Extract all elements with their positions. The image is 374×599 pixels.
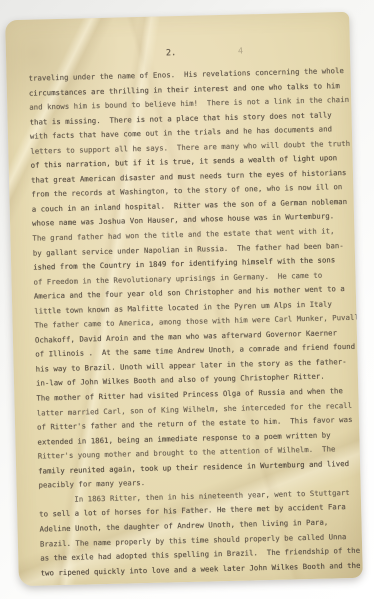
typed-text: traveling under the name of Enos. His re… <box>28 64 362 581</box>
page-header: 2. 4 <box>6 44 350 66</box>
page-number: 2. <box>166 48 176 58</box>
typed-letter-page: 2. 4 traveling under the name of Enos. H… <box>5 12 363 586</box>
corner-mark: 4 <box>238 46 243 56</box>
photo-background: 2. 4 traveling under the name of Enos. H… <box>0 0 374 599</box>
